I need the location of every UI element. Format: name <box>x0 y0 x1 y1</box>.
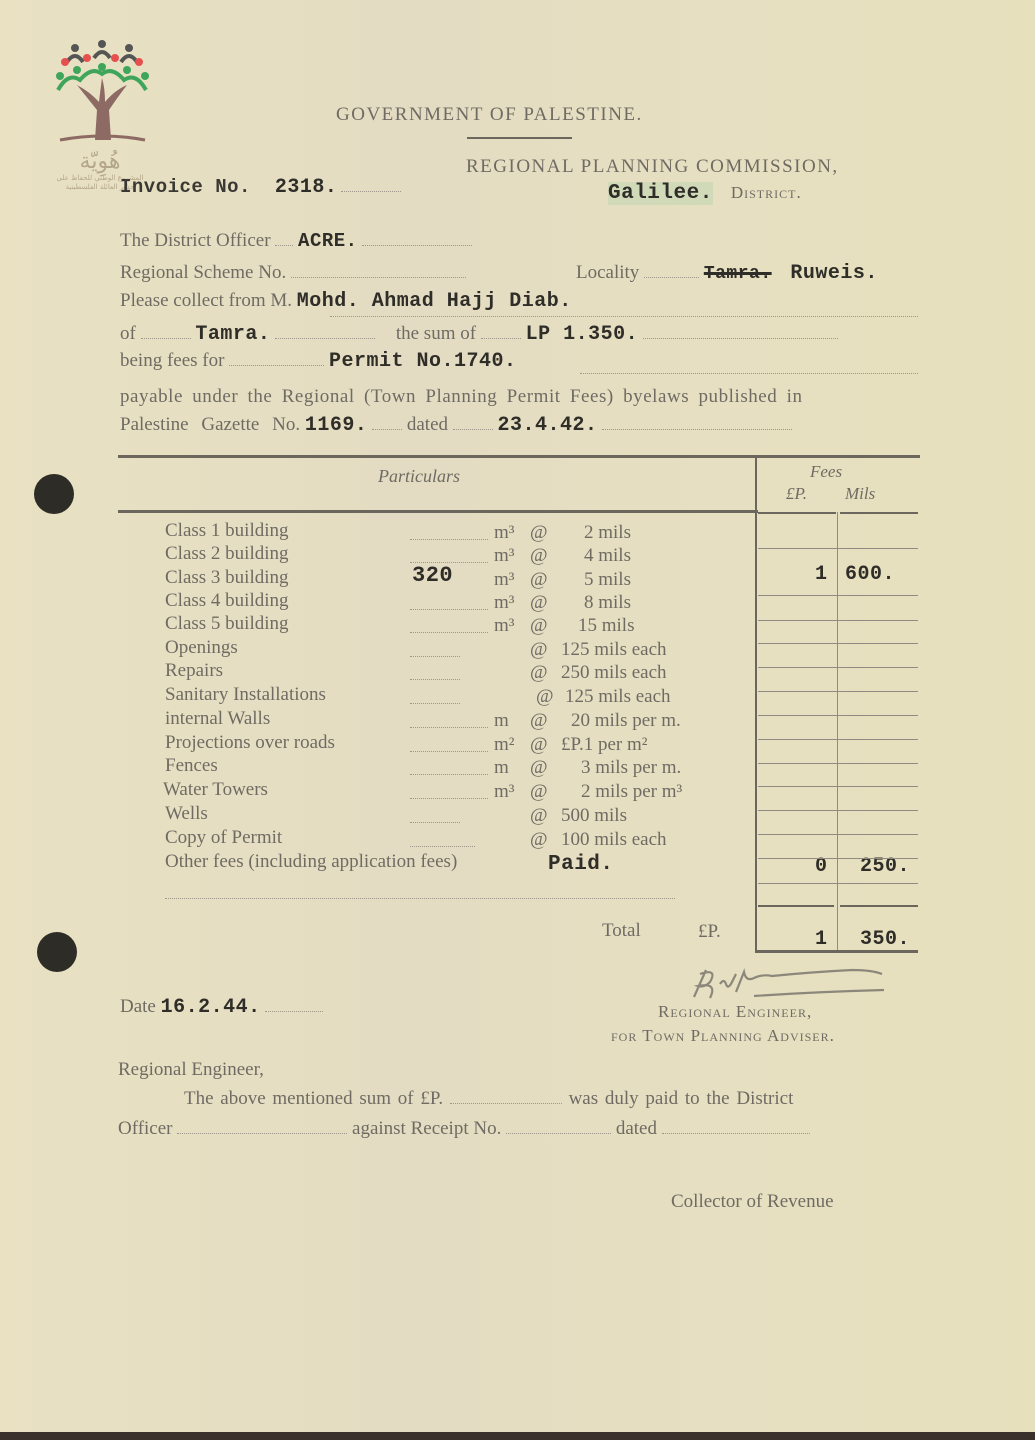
dots <box>410 750 488 752</box>
dots <box>410 773 488 775</box>
dots <box>141 337 191 339</box>
dots <box>291 276 466 278</box>
row-label: internal Walls <box>165 708 270 730</box>
receipt-officer-label: Officer <box>118 1118 173 1139</box>
dots <box>410 631 488 633</box>
fee-rule <box>758 739 918 740</box>
row-rate: 15 mils <box>578 615 634 637</box>
receipt-line1: The above mentioned sum of £P. was duly … <box>184 1088 793 1110</box>
row-unit: m³ <box>494 781 514 803</box>
scan-edge <box>0 1432 1035 1440</box>
receipt-sum-label: The above mentioned sum of £P. <box>184 1088 443 1109</box>
invoice-dots <box>341 190 401 192</box>
at-symbol: @ <box>530 757 548 779</box>
row-rate: 8 mils <box>584 592 631 614</box>
at-symbol: @ <box>530 592 548 614</box>
dots <box>481 337 521 339</box>
row-label: Class 5 building <box>165 613 289 635</box>
row-label: Copy of Permit <box>165 827 282 849</box>
fee-rule <box>758 691 918 692</box>
gazette-dated-label: dated <box>407 414 448 435</box>
invoice-label: Invoice No. <box>120 176 251 198</box>
dots <box>372 428 402 430</box>
gazette-number: 1169. <box>305 414 368 437</box>
row-rate: 3 mils per m. <box>581 757 681 779</box>
receipt-number-label: against Receipt No. <box>352 1118 501 1139</box>
dots <box>410 538 488 540</box>
dots <box>410 608 488 610</box>
engineer-title: Regional Engineer, <box>658 1002 812 1022</box>
government-heading: GOVERNMENT OF PALESTINE. <box>336 104 643 126</box>
row-unit: m² <box>494 734 514 756</box>
of-label: of <box>120 323 136 344</box>
collect-from-line: Please collect from M. Mohd. Ahmad Hajj … <box>120 290 572 313</box>
dots <box>275 337 375 339</box>
row-label: Class 2 building <box>165 543 289 565</box>
table-header-rule-lp <box>758 512 836 514</box>
row-unit: m³ <box>494 522 514 544</box>
row-label: Sanitary Installations <box>165 684 326 706</box>
collector-of-revenue: Collector of Revenue <box>671 1191 834 1213</box>
document-page <box>0 0 1035 1432</box>
blank-row-dots <box>165 897 675 899</box>
row-rate: 500 mils <box>561 805 627 827</box>
at-symbol: @ <box>530 829 548 851</box>
receipt-paid-text: was duly paid to the District <box>569 1088 794 1109</box>
row-unit: m³ <box>494 545 514 567</box>
gazette-dated-value: 23.4.42. <box>498 414 598 437</box>
scheme-label: Regional Scheme No. <box>120 262 286 283</box>
at-symbol: @ <box>530 569 548 591</box>
collect-from-label: Please collect from M. <box>120 290 292 311</box>
at-symbol: @ <box>536 686 554 708</box>
gazette-line: Palestine Gazette No. 1169. dated 23.4.4… <box>120 414 792 437</box>
heading-underline <box>467 137 572 139</box>
row-rate: 125 mils each <box>561 639 667 661</box>
punch-hole-top <box>34 474 74 514</box>
district-value: Galilee. <box>608 182 713 205</box>
district-label: District. <box>731 183 802 202</box>
fees-for-value: Permit No.1740. <box>329 350 517 373</box>
sum-value: LP 1.350. <box>526 323 639 346</box>
row-rate: 2 mils <box>584 522 631 544</box>
invoice-line: Invoice No. 2318. <box>120 176 401 199</box>
total-label: Total <box>602 920 641 942</box>
lp-header: £P. <box>786 484 807 504</box>
fees-for-dots <box>580 372 918 374</box>
date-label: Date <box>120 996 156 1017</box>
fee-rule <box>758 667 918 668</box>
row-rate: 4 mils <box>584 545 631 567</box>
at-symbol: @ <box>530 615 548 637</box>
dots <box>410 845 475 847</box>
dots <box>275 244 293 246</box>
row-unit: m³ <box>494 592 514 614</box>
dots <box>410 702 460 704</box>
total-mils: 350. <box>860 928 910 951</box>
scheme-line: Regional Scheme No. <box>120 262 466 284</box>
row-unit: m <box>494 710 509 732</box>
row-rate: 20 mils per m. <box>571 710 681 732</box>
total-currency: £P. <box>698 921 721 943</box>
watermark-title: هُوِيّة <box>50 150 150 174</box>
dots <box>410 797 488 799</box>
row-lp: 1 <box>815 563 828 586</box>
row-label: Projections over roads <box>165 732 335 754</box>
row-rate: 5 mils <box>584 569 631 591</box>
dots <box>410 655 460 657</box>
collect-dots <box>330 315 918 317</box>
district-officer-line: The District Officer ACRE. <box>120 230 472 252</box>
fee-rule <box>758 595 918 596</box>
row-label: Other fees (including application fees) <box>165 851 457 873</box>
locality-value: Ruweis. <box>790 262 878 285</box>
row-label: Openings <box>165 637 238 659</box>
dots <box>229 364 324 366</box>
fee-rule <box>758 548 918 549</box>
locality-struck-value: Tamra. <box>704 264 772 284</box>
dots <box>506 1132 611 1134</box>
at-symbol: @ <box>530 662 548 684</box>
at-symbol: @ <box>530 781 548 803</box>
commission-heading: REGIONAL PLANNING COMMISSION, <box>466 156 839 178</box>
particulars-header: Particulars <box>378 466 460 487</box>
adviser-title: for Town Planning Adviser. <box>611 1026 835 1046</box>
dots <box>410 821 460 823</box>
row-paid-note: Paid. <box>548 853 614 876</box>
fee-rule <box>758 786 918 787</box>
row-quantity: 320 <box>412 563 453 588</box>
dots <box>644 276 699 278</box>
dots <box>410 678 460 680</box>
fee-rule <box>758 763 918 764</box>
row-label: Class 3 building <box>165 567 289 589</box>
row-rate: £P.1 per m² <box>561 734 647 756</box>
fee-rule <box>758 715 918 716</box>
dots <box>453 428 493 430</box>
row-unit: m³ <box>494 615 514 637</box>
row-unit: m <box>494 757 509 779</box>
locality-label: Locality <box>576 262 639 283</box>
receipt-salutation: Regional Engineer, <box>118 1059 264 1081</box>
collect-from-value: Mohd. Ahmad Hajj Diab. <box>297 290 572 313</box>
at-symbol: @ <box>530 522 548 544</box>
fee-rule <box>758 834 918 835</box>
dots <box>662 1132 810 1134</box>
punch-hole-bottom <box>37 932 77 972</box>
dots <box>265 1010 323 1012</box>
fees-header: Fees <box>810 462 842 482</box>
table-lp-mils-divider <box>837 512 838 952</box>
total-lp: 1 <box>815 928 828 951</box>
dots <box>177 1132 347 1134</box>
dots <box>450 1102 562 1104</box>
fee-rule <box>758 883 918 884</box>
fees-for-line: being fees for Permit No.1740. <box>120 350 517 373</box>
mils-header: Mils <box>845 484 875 504</box>
dots <box>362 244 472 246</box>
of-value: Tamra. <box>195 323 270 346</box>
byelaws-text: payable under the Regional (Town Plannin… <box>120 386 803 408</box>
row-label: Class 4 building <box>165 590 289 612</box>
row-rate: 100 mils each <box>561 829 667 851</box>
table-header-rule <box>118 510 758 513</box>
row-label: Class 1 building <box>165 520 289 542</box>
date-value: 16.2.44. <box>161 996 261 1019</box>
receipt-line2: Officer against Receipt No. dated <box>118 1118 810 1140</box>
fees-for-label: being fees for <box>120 350 224 371</box>
at-symbol: @ <box>530 805 548 827</box>
subtotal-rule-lp <box>758 905 834 907</box>
total-underline <box>755 950 918 953</box>
fee-rule <box>758 643 918 644</box>
fee-rule <box>758 810 918 811</box>
row-rate: 125 mils each <box>565 686 671 708</box>
district-officer-label: The District Officer <box>120 230 271 251</box>
row-rate: 2 mils per m³ <box>581 781 682 803</box>
district-line: Galilee. District. <box>608 182 802 205</box>
table-top-rule <box>118 455 920 458</box>
sum-label: the sum of <box>396 323 476 344</box>
at-symbol: @ <box>530 545 548 567</box>
locality-line: Locality Tamra. Ruweis. <box>576 262 878 285</box>
row-mils: 600. <box>845 563 895 586</box>
gazette-label: Palestine Gazette No. <box>120 414 300 435</box>
dots <box>643 337 838 339</box>
fee-rule <box>758 620 918 621</box>
row-label: Fences <box>165 755 218 777</box>
dots <box>410 726 488 728</box>
row-rate: 250 mils each <box>561 662 667 684</box>
table-fees-divider <box>755 458 757 953</box>
district-officer-value: ACRE. <box>298 230 358 252</box>
at-symbol: @ <box>530 639 548 661</box>
fee-rule <box>758 858 918 859</box>
of-line: of Tamra. the sum of LP 1.350. <box>120 323 838 346</box>
at-symbol: @ <box>530 734 548 756</box>
dots <box>602 428 792 430</box>
row-label: Water Towers <box>163 779 268 801</box>
row-unit: m³ <box>494 569 514 591</box>
row-label: Wells <box>165 803 208 825</box>
subtotal-rule-mils <box>840 905 918 907</box>
at-symbol: @ <box>530 710 548 732</box>
invoice-number: 2318. <box>275 176 338 199</box>
row-label: Repairs <box>165 660 223 682</box>
date-line: Date 16.2.44. <box>120 996 323 1019</box>
tree-logo-icon <box>55 40 150 150</box>
receipt-dated-label: dated <box>616 1118 657 1139</box>
signature-scrawl-icon <box>684 962 944 1006</box>
table-header-rule-mils <box>840 512 918 514</box>
